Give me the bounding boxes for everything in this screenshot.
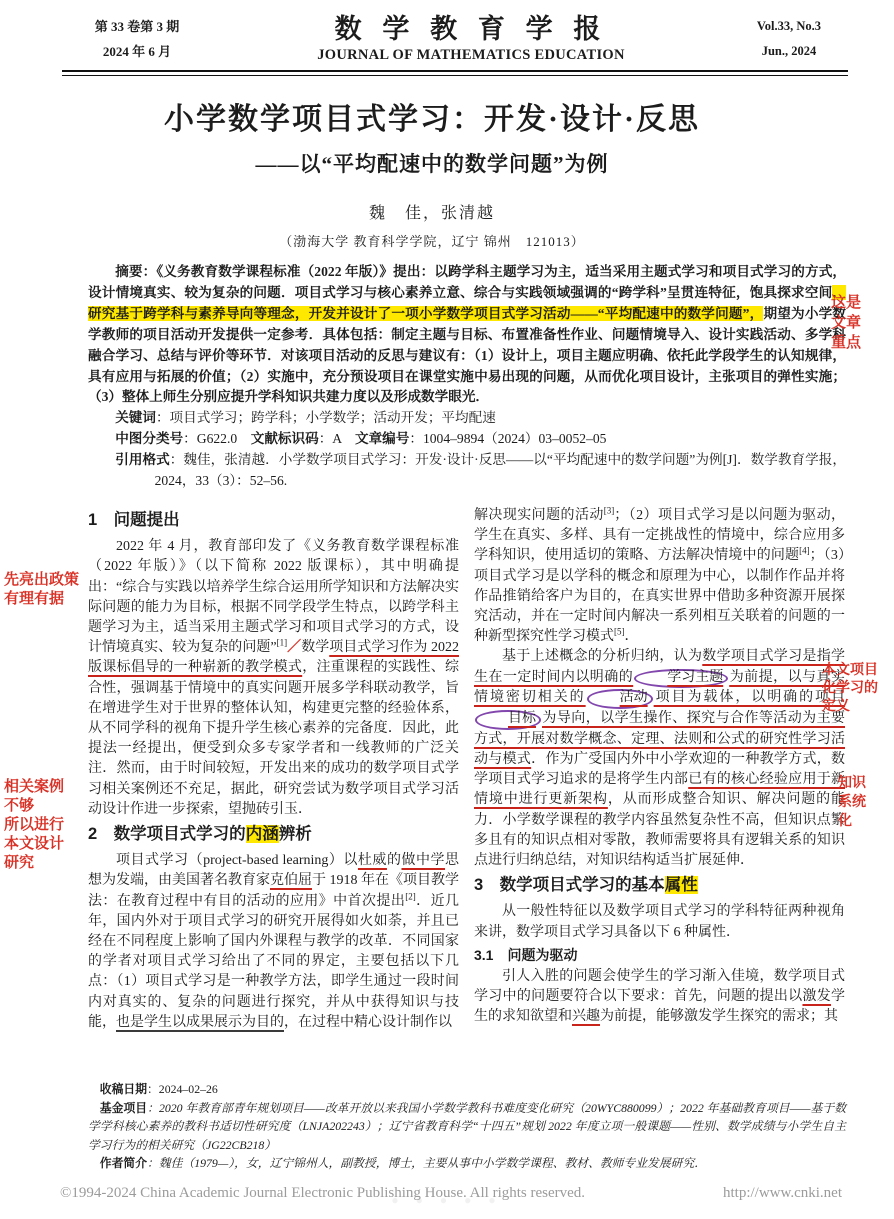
article-subtitle: ——以“平均配速中的数学问题”为例 <box>30 148 834 178</box>
p2-text-2: 的 <box>387 853 402 868</box>
margin-note-policy-line2: 有理有据 <box>4 589 79 608</box>
paragraph-2: 项目式学习（project-based learning）以杜威的做中学思想为发… <box>88 851 459 1033</box>
p2-text-1: 项目式学习（project-based learning）以 <box>116 853 358 868</box>
section-2-pre: 2 数学项目式学习的 <box>88 825 246 843</box>
margin-note-cases: 相关案例 不够 所以进行 本文设计 研究 <box>4 777 64 872</box>
margin-note-definition-line1: 本文项目 <box>822 660 878 678</box>
p2-text-6: ，在过程中精心设计制作以 <box>284 1015 452 1030</box>
paragraph-5: 从一般性特征以及数学项目式学习的学科特征两种视角来讲，数学项目式学习具备以下 6… <box>474 902 845 942</box>
doc-code-label: 文献标识码 <box>251 431 319 446</box>
abstract-block: 摘要：《义务教育数学课程标准（2022 年版）》提出：以跨学科主题学习为主，适当… <box>88 262 846 492</box>
dark-underline-1: 也是学生以成果展示为目的 <box>116 1015 284 1030</box>
journal-title-en: JOURNAL OF MATHEMATICS EDUCATION <box>212 47 730 64</box>
red-underline-xingqu: 兴趣 <box>572 1009 600 1024</box>
purple-circle-activity: 活动 <box>587 689 653 709</box>
paragraph-1: 2022 年 4 月，教育部印发了《义务教育数学课程标准（2022 年版）》（以… <box>88 537 459 820</box>
ref-1: [1] <box>277 638 288 648</box>
citation-text: ：魏佳，张清越．小学数学项目式学习：开发·设计·反思——以“平均配速中的数学问题… <box>155 452 846 488</box>
article-authors: 魏 佳，张清越 <box>30 200 834 223</box>
p1-text-3: ，注重课程的实践性、综合性，强调基于情境中的真实问题开展多学科联动教学，旨在增进… <box>88 660 459 816</box>
red-slash-mark: ／ <box>287 640 301 655</box>
p2-text-5: ．近几年，国内外对于项目式学习的研究开展得如火如荼，并且已经在不同程度上影响了国… <box>88 894 459 1030</box>
margin-note-definition-line3: 定义 <box>822 696 878 714</box>
page-header: 第 33 卷第 3 期 2024 年 6 月 数 学 教 育 学 报 JOURN… <box>62 14 848 64</box>
received-label: 收稿日期 <box>100 1082 147 1096</box>
journal-title-cn: 数 学 教 育 学 报 <box>212 14 730 44</box>
date-cn: 2024 年 6 月 <box>62 39 212 64</box>
classification-line: 中图分类号：G622.0 文献标识码：A 文章编号：1004–9894（2024… <box>88 429 846 450</box>
fund-label: 基金项目 <box>100 1101 147 1115</box>
keywords-line: 关键词：项目式学习；跨学科；小学数学；活动开发；平均配速 <box>88 408 846 429</box>
section-3-highlight: 属性 <box>665 876 698 894</box>
p4-text-1: 基于上述概念的分析归纳，认为 <box>502 649 702 664</box>
section-3-heading: 3 数学项目式学习的基本属性 <box>474 875 845 895</box>
clc-label: 中图分类号 <box>115 431 183 446</box>
paragraph-6: 引人入胜的问题会使学生的学习渐入佳境，数学项目式学习中的问题要符合以下要求：首先… <box>474 967 845 1028</box>
ref-2: [2] <box>405 891 416 901</box>
margin-note-systematize-line2: 系统 <box>838 792 866 811</box>
paragraph-3: 解决现实问题的活动[3]；（2）项目式学习是以问题为驱动，学生在真实、多样、具有… <box>474 506 845 647</box>
margin-note-policy: 先亮出政策 有理有据 <box>4 570 79 608</box>
doc-code-value: ：A <box>319 431 355 446</box>
ref-3: [3] <box>604 505 615 515</box>
margin-note-keypoint: 这是 文章 重点 <box>831 293 861 353</box>
margin-note-systematize-line1: 知识 <box>838 773 866 792</box>
red-underline-duwei: 杜威 <box>358 853 387 868</box>
citation-line: 引用格式：魏佳，张清越．小学数学项目式学习：开发·设计·反思——以“平均配速中的… <box>88 450 846 492</box>
author-bio-line: 作者简介：魏佳（1979—），女，辽宁锦州人，副教授，博士，主要从事中小学数学课… <box>88 1154 846 1173</box>
p3-text-1: 解决现实问题的活动 <box>474 508 604 523</box>
margin-note-cases-line1: 相关案例 <box>4 777 64 796</box>
section-3-pre: 3 数学项目式学习的基本 <box>474 876 665 894</box>
purple-circle-theme: 学习主题 <box>634 669 728 689</box>
p6-text-3: 为前提，能够激发学生探究的需求；其 <box>600 1009 838 1024</box>
margin-note-cases-line2: 不够 <box>4 796 64 815</box>
article-no-value: ：1004–9894（2024）03–0052–05 <box>409 431 606 446</box>
margin-note-definition: 本文项目 化学习的 定义 <box>822 660 878 714</box>
body-columns: 1 问题提出 2022 年 4 月，教育部印发了《义务教育数学课程标准（2022… <box>88 506 846 1033</box>
article-title: 小学数学项目式学习：开发·设计·反思 <box>30 94 834 138</box>
header-journal-block: 数 学 教 育 学 报 JOURNAL OF MATHEMATICS EDUCA… <box>212 14 730 64</box>
issue-cn: 第 33 卷第 3 期 <box>62 14 212 39</box>
copyright-text: ©1994-2024 China Academic Journal Electr… <box>60 1185 585 1202</box>
p1-text-2: 数学 <box>301 640 329 655</box>
citation-label: 引用格式 <box>115 452 170 467</box>
section-2-post: 辨析 <box>279 825 312 843</box>
margin-note-policy-line1: 先亮出政策 <box>4 570 79 589</box>
article-affiliation: （渤海大学 教育科学学院，辽宁 锦州 121013） <box>30 231 834 250</box>
header-vol-block: Vol.33, No.3 Jun., 2024 <box>730 14 848 64</box>
margin-note-cases-line4: 本文设计 <box>4 834 64 853</box>
clc-value: ：G622.0 <box>183 431 251 446</box>
fund-text: ：2020 年教育部青年规划项目——改革开放以来我国小学数学教科书难度变化研究（… <box>88 1101 846 1152</box>
header-double-rule <box>62 70 848 76</box>
right-column: 解决现实问题的活动[3]；（2）项目式学习是以问题为驱动，学生在真实、多样、具有… <box>474 506 845 1033</box>
journal-page: 第 33 卷第 3 期 2024 年 6 月 数 学 教 育 学 报 JOURN… <box>0 0 894 1219</box>
margin-note-cases-line3: 所以进行 <box>4 815 64 834</box>
keywords-text: ：项目式学习；跨学科；小学数学；活动开发；平均配速 <box>156 410 496 425</box>
section-2-highlight: 内涵 <box>246 825 279 843</box>
margin-note-systematize-line3: 化 <box>838 811 866 830</box>
author-bio-text: ：魏佳（1979—），女，辽宁锦州人，副教授，博士，主要从事中小学数学课程、教材… <box>147 1156 706 1170</box>
received-date-line: 收稿日期：2024–02–26 <box>88 1080 846 1099</box>
margin-note-cases-line5: 研究 <box>4 853 64 872</box>
section-1-heading: 1 问题提出 <box>88 510 459 530</box>
ref-4: [4] <box>799 546 810 556</box>
ref-5: [5] <box>614 627 625 637</box>
definition-underline-3: 项目为载体，以明确的项目 <box>654 690 845 705</box>
date-en: Jun., 2024 <box>730 39 848 64</box>
margin-note-keypoint-line3: 重点 <box>831 333 861 353</box>
copyright-line: ©1994-2024 China Academic Journal Electr… <box>60 1185 842 1202</box>
cnki-url: http://www.cnki.net <box>723 1185 842 1202</box>
red-underline-jifa: 激发 <box>802 989 831 1004</box>
purple-circle-goal: 目标 <box>475 710 541 730</box>
section-2-heading: 2 数学项目式学习的内涵辨析 <box>88 824 459 844</box>
abstract-label: 摘要 <box>115 264 142 279</box>
red-underline-zuozhongxue: 做中学 <box>401 853 445 868</box>
paragraph-4: 基于上述概念的分析归纳，认为数学项目式学习是指学生在一定时间内以明确的学习主题为… <box>474 647 845 871</box>
received-value: ：2024–02–26 <box>147 1082 218 1096</box>
left-column: 1 问题提出 2022 年 4 月，教育部印发了《义务教育数学课程标准（2022… <box>88 506 459 1033</box>
margin-note-keypoint-line2: 文章 <box>831 313 861 333</box>
footnote-block: 收稿日期：2024–02–26 基金项目：2020 年教育部青年规划项目——改革… <box>88 1080 846 1173</box>
p3-text-4: ． <box>625 629 639 644</box>
header-issue-block: 第 33 卷第 3 期 2024 年 6 月 <box>62 14 212 64</box>
section-3-1-heading: 3.1 问题为驱动 <box>474 945 845 965</box>
abstract-paragraph: 摘要：《义务教育数学课程标准（2022 年版）》提出：以跨学科主题学习为主，适当… <box>88 262 846 408</box>
keywords-label: 关键词 <box>115 410 156 425</box>
red-underline-kebo: 克伯屈 <box>270 873 312 888</box>
p1-text-1: 2022 年 4 月，教育部印发了《义务教育数学课程标准（2022 年版）》（以… <box>88 539 459 655</box>
abstract-text-1: ：《义务教育数学课程标准（2022 年版）》提出：以跨学科主题学习为主，适当采用… <box>88 264 846 300</box>
article-no-label: 文章编号 <box>355 431 409 446</box>
margin-note-keypoint-line1: 这是 <box>831 293 861 313</box>
margin-note-definition-line2: 化学习的 <box>822 678 878 696</box>
fund-line: 基金项目：2020 年教育部青年规划项目——改革开放以来我国小学数学教科书难度变… <box>88 1099 846 1155</box>
author-bio-label: 作者简介 <box>100 1156 147 1170</box>
margin-note-systematize: 知识 系统 化 <box>838 773 866 830</box>
p6-text-1: 引人入胜的问题会使学生的学习渐入佳境，数学项目式学习中的问题要符合以下要求：首先… <box>474 969 845 1004</box>
vol-en: Vol.33, No.3 <box>730 14 848 39</box>
